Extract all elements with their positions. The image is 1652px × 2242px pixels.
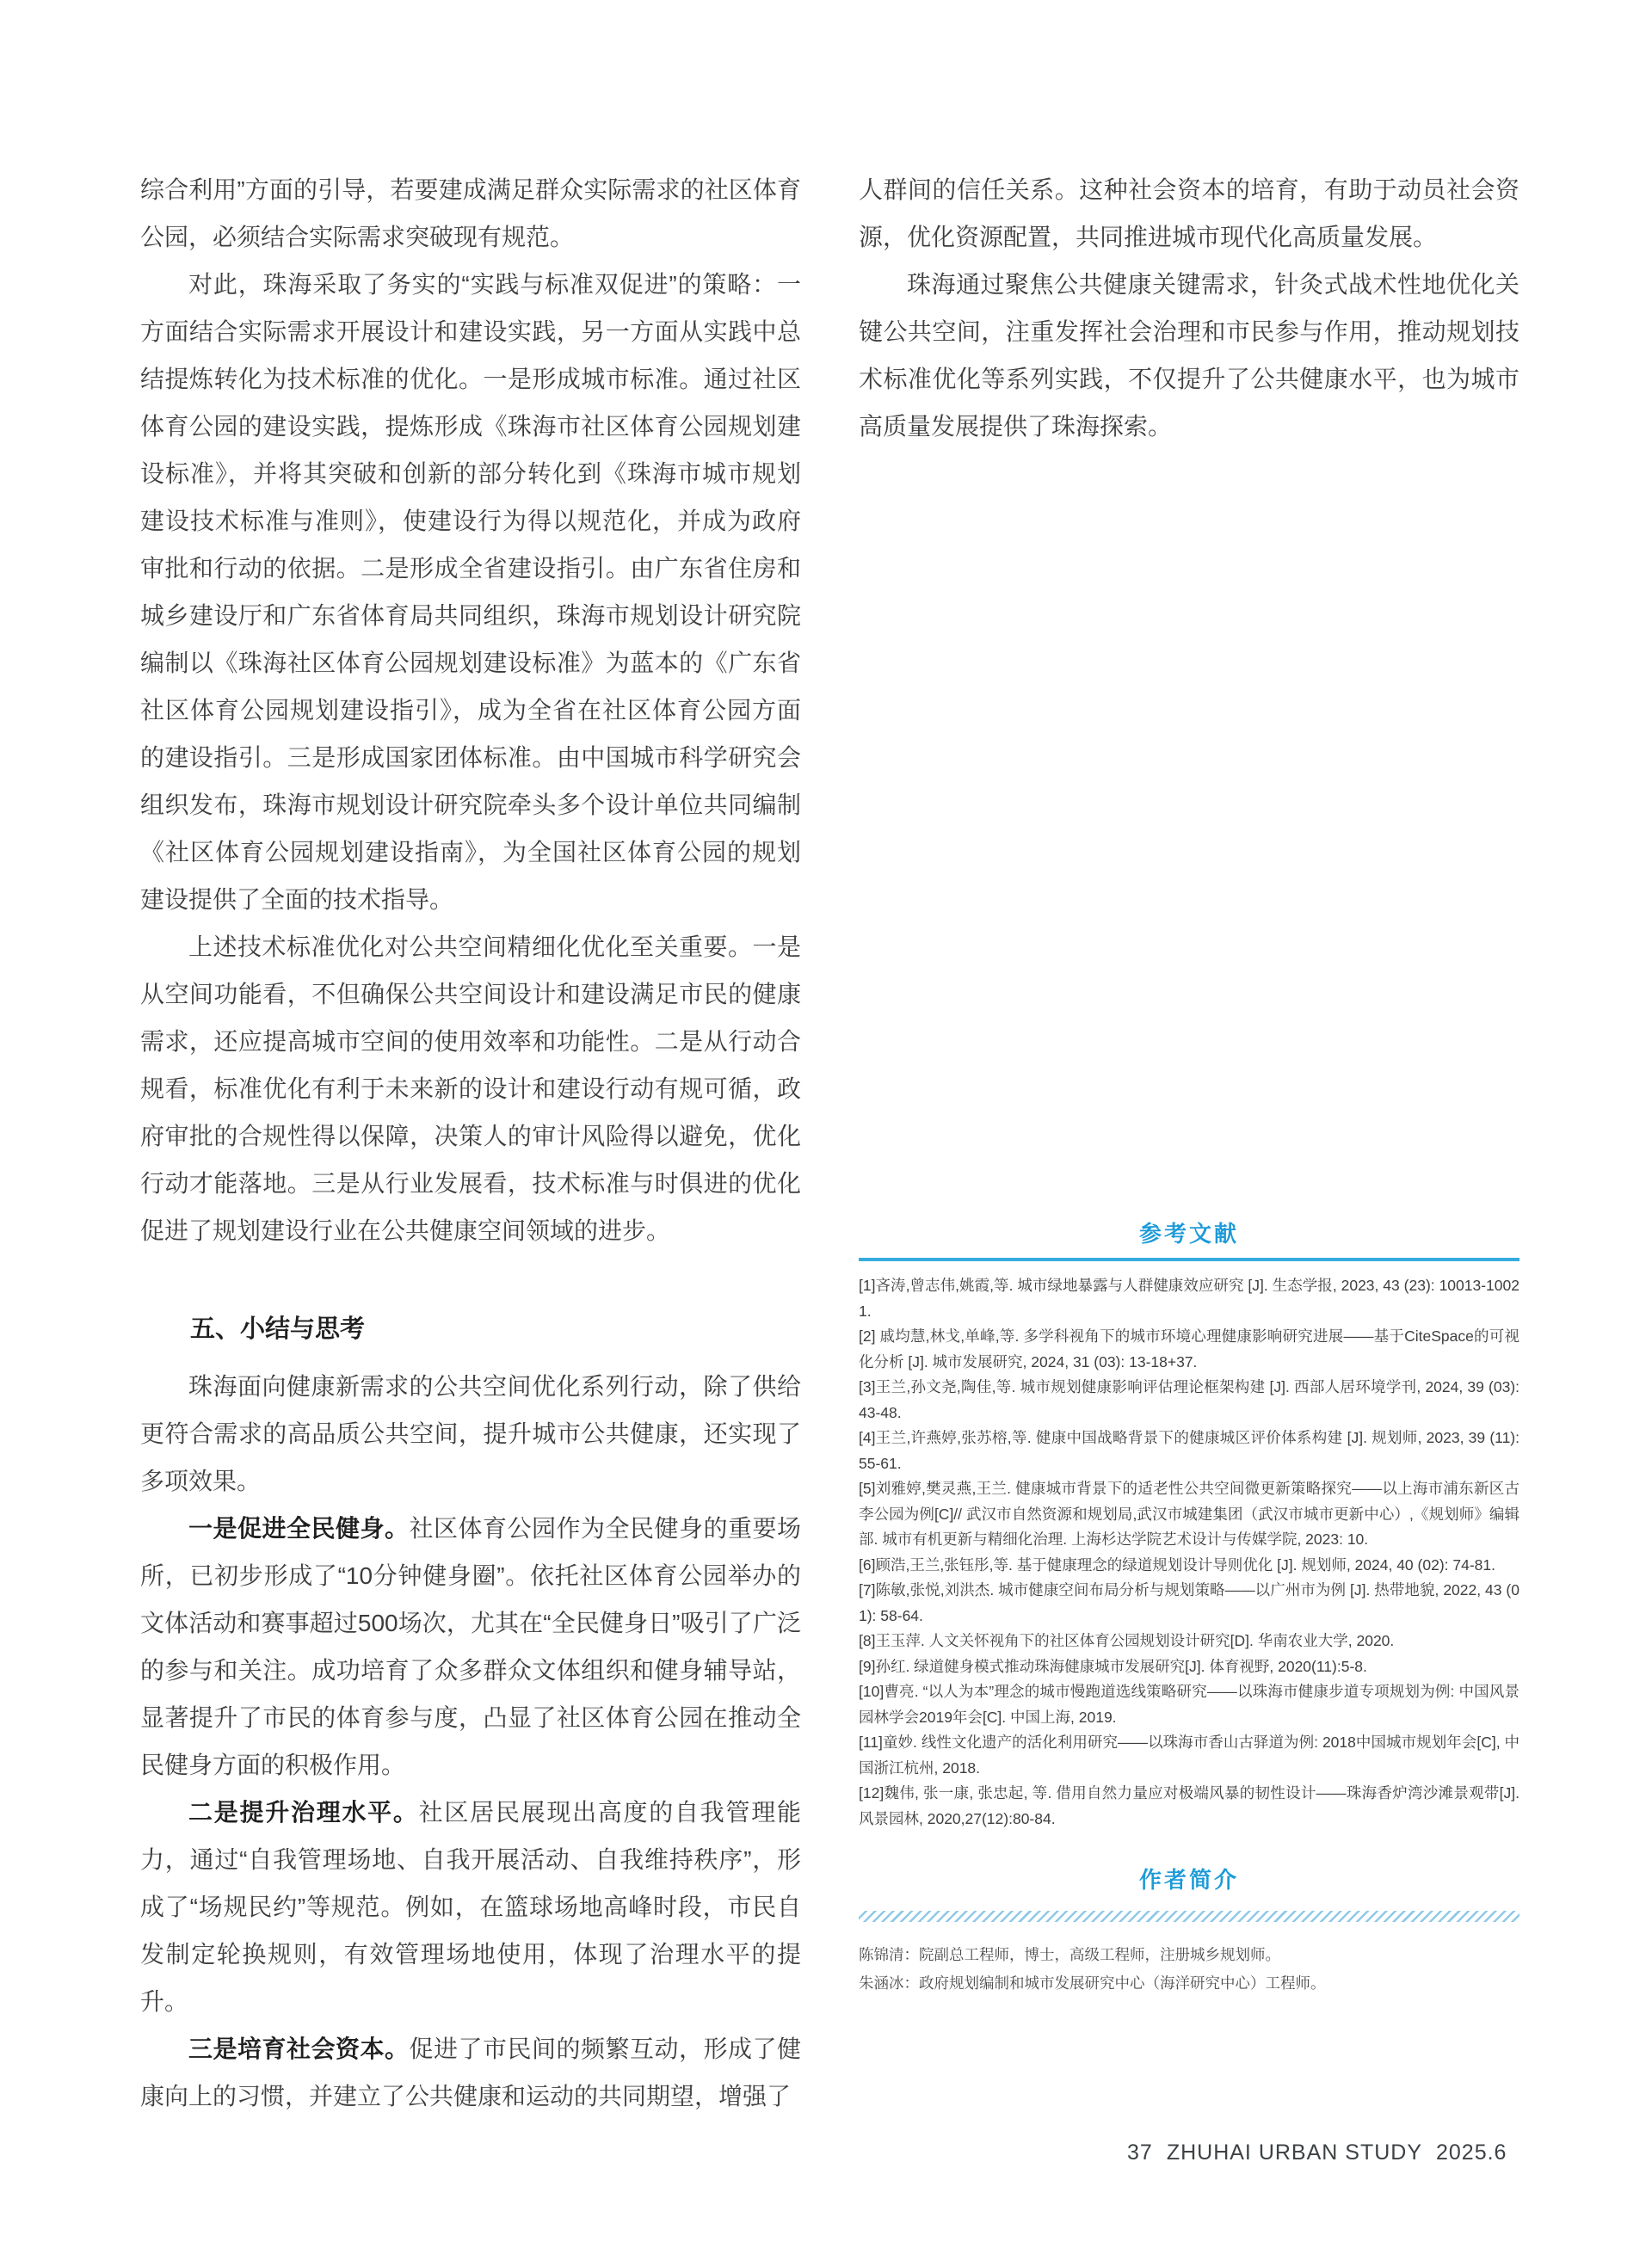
authors-divider-hatch <box>859 1911 1519 1922</box>
paragraph-text: 社区居民展现出高度的自我管理能力，通过“自我管理场地、自我开展活动、自我维持秩序… <box>140 1799 801 2015</box>
paragraph: 人群间的信任关系。这种社会资本的培育，有助于动员社会资源，优化资源配置，共同推进… <box>859 166 1519 261</box>
page-footer: 37 ZHUHAI URBAN STUDY 2025.6 <box>1127 2140 1507 2165</box>
paragraph: 三是培育社会资本。促进了市民间的频繁互动，形成了健康向上的习惯，并建立了公共健康… <box>140 2025 801 2120</box>
paragraph-lead: 三是培育社会资本。 <box>188 2036 410 2062</box>
reference-item: [8]王玉萍. 人文关怀视角下的社区体育公园规划设计研究[D]. 华南农业大学,… <box>859 1629 1519 1654</box>
author-bio-line: 朱涵冰：政府规划编制和城市发展研究中心（海洋研究中心）工程师。 <box>859 1969 1519 1998</box>
reference-item: [4]王兰,许燕婷,张苏榕,等. 健康中国战略背景下的健康城区评价体系构建 [J… <box>859 1426 1519 1476</box>
paragraph: 珠海面向健康新需求的公共空间优化系列行动，除了供给更符合需求的高品质公共空间，提… <box>140 1363 801 1505</box>
reference-item: [12]魏伟, 张一康, 张忠起, 等. 借用自然力量应对极端风暴的韧性设计——… <box>859 1781 1519 1832</box>
paragraph: 上述技术标准优化对公共空间精细化优化至关重要。一是从空间功能看，不但确保公共空间… <box>140 923 801 1254</box>
issue-number: 2025.6 <box>1436 2140 1507 2165</box>
journal-name: ZHUHAI URBAN STUDY <box>1167 2140 1422 2165</box>
paragraph: 珠海通过聚焦公共健康关键需求，针灸式战术性地优化关键公共空间，注重发挥社会治理和… <box>859 261 1519 450</box>
paragraph-lead: 二是提升治理水平。 <box>188 1799 419 1826</box>
references-section: 参考文献 [1]吝涛,曾志伟,姚霞,等. 城市绿地暴露与人群健康效应研究 [J]… <box>859 1220 1519 1998</box>
paragraph: 综合利用”方面的引导，若要建成满足群众实际需求的社区体育公园，必须结合实际需求突… <box>140 166 801 261</box>
left-column: 综合利用”方面的引导，若要建成满足群众实际需求的社区体育公园，必须结合实际需求突… <box>140 166 801 2120</box>
reference-item: [6]顾浩,王兰,张钰彤,等. 基于健康理念的绿道规划设计导则优化 [J]. 规… <box>859 1553 1519 1579</box>
right-column: 人群间的信任关系。这种社会资本的培育，有助于动员社会资源，优化资源配置，共同推进… <box>859 166 1519 2145</box>
journal-page: 综合利用”方面的引导，若要建成满足群众实际需求的社区体育公园，必须结合实际需求突… <box>0 0 1652 2242</box>
paragraph-text: 社区体育公园作为全民健身的重要场所，已初步形成了“10分钟健身圈”。依托社区体育… <box>140 1515 801 1778</box>
reference-item: [3]王兰,孙文尧,陶佳,等. 城市规划健康影响评估理论框架构建 [J]. 西部… <box>859 1375 1519 1426</box>
reference-item: [9]孙红. 绿道健身模式推动珠海健康城市发展研究[J]. 体育视野, 2020… <box>859 1654 1519 1680</box>
references-divider <box>859 1258 1519 1261</box>
references-list: [1]吝涛,曾志伟,姚霞,等. 城市绿地暴露与人群健康效应研究 [J]. 生态学… <box>859 1273 1519 1832</box>
author-bio-line: 陈锦清：院副总工程师，博士，高级工程师，注册城乡规划师。 <box>859 1941 1519 1969</box>
section-heading: 五、小结与思考 <box>140 1306 801 1353</box>
reference-item: [1]吝涛,曾志伟,姚霞,等. 城市绿地暴露与人群健康效应研究 [J]. 生态学… <box>859 1273 1519 1324</box>
reference-item: [2] 戚均慧,林戈,单峰,等. 多学科视角下的城市环境心理健康影响研究进展——… <box>859 1324 1519 1375</box>
paragraph: 二是提升治理水平。社区居民展现出高度的自我管理能力，通过“自我管理场地、自我开展… <box>140 1789 801 2025</box>
paragraph: 对此，珠海采取了务实的“实践与标准双促进”的策略：一方面结合实际需求开展设计和建… <box>140 261 801 923</box>
page-number: 37 <box>1127 2140 1153 2165</box>
paragraph: 一是促进全民健身。社区体育公园作为全民健身的重要场所，已初步形成了“10分钟健身… <box>140 1505 801 1789</box>
reference-item: [11]童妙. 线性文化遗产的活化利用研究——以珠海市香山古驿道为例: 2018… <box>859 1730 1519 1781</box>
references-heading: 参考文献 <box>859 1220 1519 1247</box>
author-bios: 陈锦清：院副总工程师，博士，高级工程师，注册城乡规划师。 朱涵冰：政府规划编制和… <box>859 1941 1519 1998</box>
reference-item: [7]陈敏,张悦,刘洪杰. 城市健康空间布局分析与规划策略——以广州市为例 [J… <box>859 1578 1519 1629</box>
reference-item: [10]曹亮. “以人为本”理念的城市慢跑道选线策略研究——以珠海市健康步道专项… <box>859 1679 1519 1730</box>
paragraph-lead: 一是促进全民健身。 <box>188 1515 410 1542</box>
authors-heading: 作者简介 <box>859 1866 1519 1894</box>
reference-item: [5]刘雅婷,樊灵燕,王兰. 健康城市背景下的适老性公共空间微更新策略探究——以… <box>859 1476 1519 1553</box>
